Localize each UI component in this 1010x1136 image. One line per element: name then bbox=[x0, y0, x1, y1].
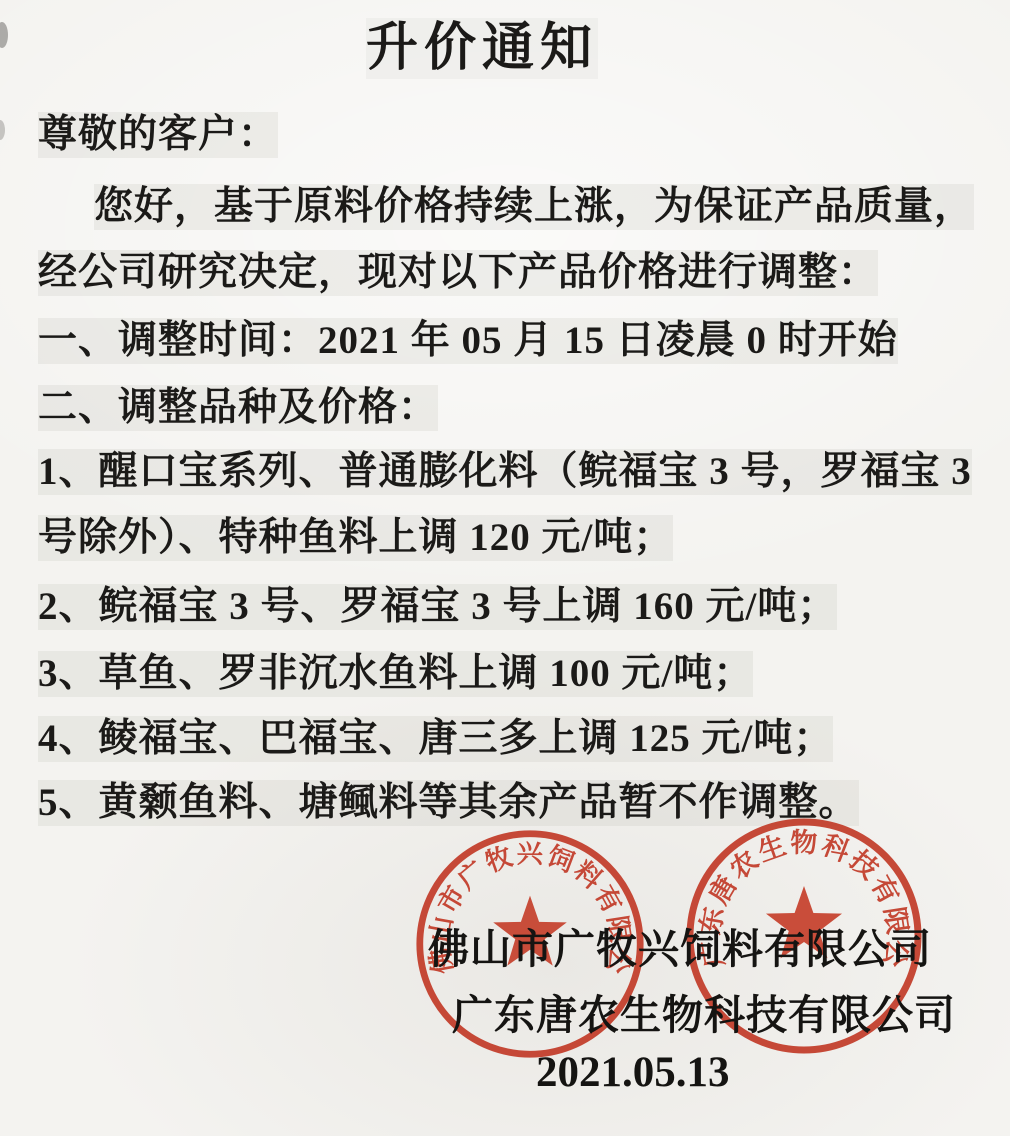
adjust-time-line: 一、调整时间：2021 年 05 月 15 日凌晨 0 时开始 bbox=[38, 318, 898, 364]
notice-title: 升价通知 bbox=[366, 18, 598, 79]
adjust-products-heading: 二、调整品种及价格： bbox=[38, 385, 438, 431]
price-item-1-line-1: 1、醒口宝系列、普通膨化料（鲩福宝 3 号，罗福宝 3 bbox=[38, 449, 972, 495]
notice-document-page: 升价通知 尊敬的客户： 您好，基于原料价格持续上涨，为保证产品质量， 经公司研究… bbox=[0, 0, 1010, 1136]
price-item-4: 4、鲮福宝、巴福宝、唐三多上调 125 元/吨； bbox=[38, 716, 833, 762]
intro-line-2: 经公司研究决定，现对以下产品价格进行调整： bbox=[38, 250, 878, 296]
intro-line-1: 您好，基于原料价格持续上涨，为保证产品质量， bbox=[94, 184, 974, 230]
signature-company-2: 广东唐农生物科技有限公司 bbox=[452, 982, 956, 1041]
signature-date: 2021.05.13 bbox=[536, 1048, 730, 1097]
salutation-line: 尊敬的客户： bbox=[38, 112, 278, 158]
scan-smudge bbox=[0, 22, 8, 48]
price-item-2: 2、鲩福宝 3 号、罗福宝 3 号上调 160 元/吨； bbox=[38, 584, 837, 630]
signature-company-1: 佛山市广牧兴饲料有限公司 bbox=[428, 916, 932, 975]
scan-smudge bbox=[0, 120, 5, 140]
price-item-3: 3、草鱼、罗非沉水鱼料上调 100 元/吨； bbox=[38, 651, 753, 697]
price-item-1-line-2: 号除外）、特种鱼料上调 120 元/吨； bbox=[38, 515, 673, 561]
